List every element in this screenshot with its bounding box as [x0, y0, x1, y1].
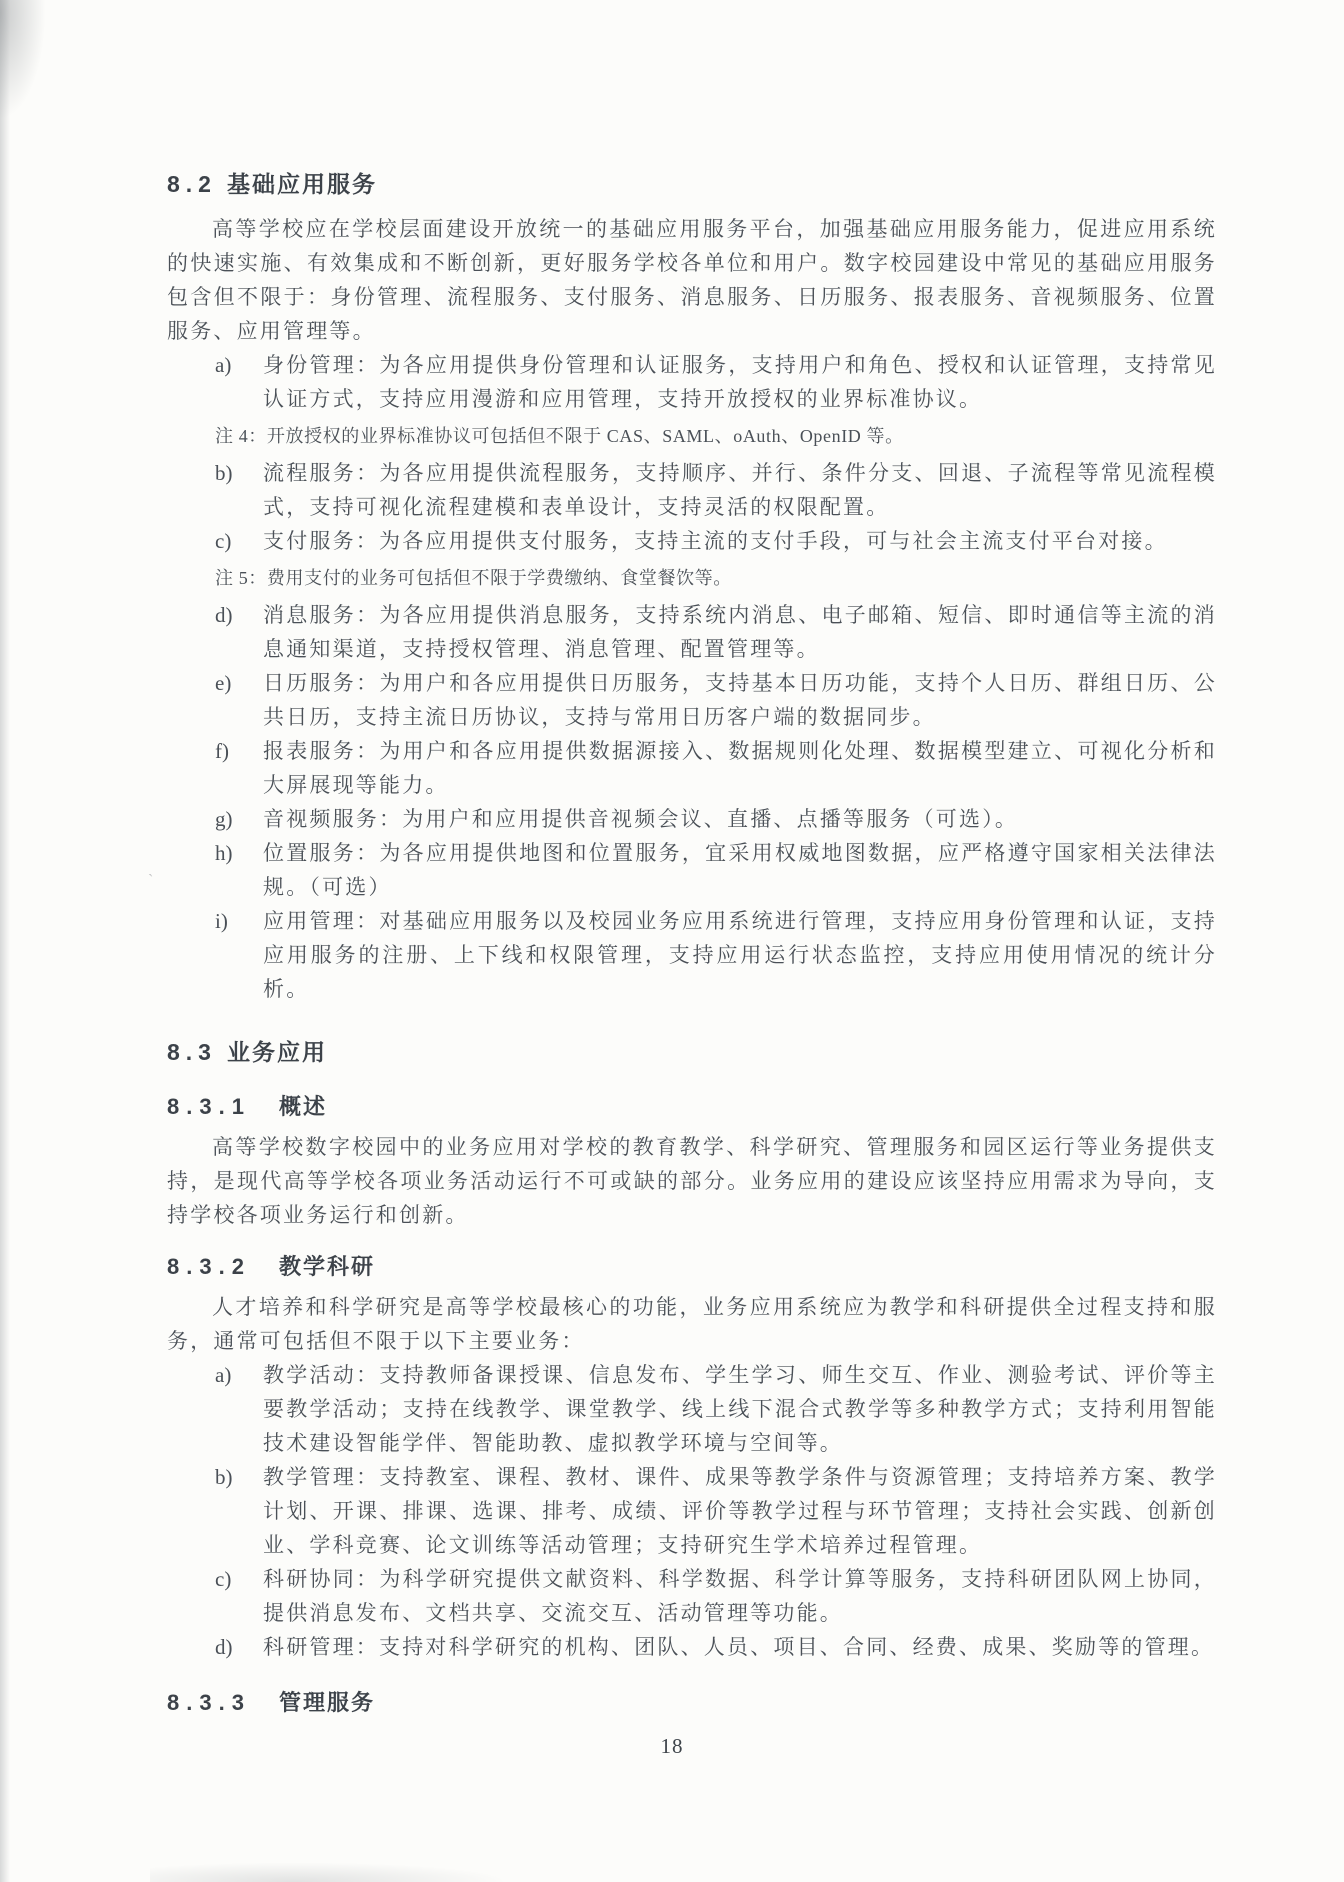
list-item-label: g) — [215, 802, 233, 836]
section-number: 8.3.2 — [167, 1254, 251, 1279]
section-heading-8-3: 8.3业务应用 — [167, 1036, 1217, 1068]
list-item-label: b) — [215, 1460, 233, 1494]
scan-speck: ` — [148, 872, 153, 890]
list-item-label: a) — [215, 348, 231, 382]
section-8-2-intro: 高等学校应在学校层面建设开放统一的基础应用服务平台，加强基础应用服务能力，促进应… — [167, 212, 1217, 348]
scan-edge-shadow — [0, 0, 10, 1882]
section-heading-8-3-2: 8.3.2教学科研 — [167, 1252, 1217, 1282]
list-item-label: c) — [215, 1562, 231, 1596]
page-content: 8.2基础应用服务 高等学校应在学校层面建设开放统一的基础应用服务平台，加强基础… — [167, 168, 1217, 1726]
list-item-label: h) — [215, 836, 233, 870]
list-item-8-2-d: d) 消息服务：为各应用提供消息服务，支持系统内消息、电子邮箱、短信、即时通信等… — [167, 598, 1217, 666]
list-item-label: a) — [215, 1358, 231, 1392]
list-item-label: d) — [215, 1630, 233, 1664]
scan-bottom-smudge — [150, 1862, 510, 1882]
document-page: ` 8.2基础应用服务 高等学校应在学校层面建设开放统一的基础应用服务平台，加强… — [0, 0, 1344, 1882]
list-item-text: 音视频服务：为用户和应用提供音视频会议、直播、点播等服务（可选）。 — [263, 807, 1018, 831]
section-title: 业务应用 — [227, 1039, 327, 1065]
scan-corner-smudge — [0, 0, 46, 120]
list-item-text: 教学活动：支持教师备课授课、信息发布、学生学习、师生交互、作业、测验考试、评价等… — [263, 1363, 1217, 1455]
list-item-text: 日历服务：为用户和各应用提供日历服务，支持基本日历功能，支持个人日历、群组日历、… — [263, 671, 1217, 729]
list-item-8-2-e: e) 日历服务：为用户和各应用提供日历服务，支持基本日历功能，支持个人日历、群组… — [167, 666, 1217, 734]
list-item-label: f) — [215, 734, 229, 768]
list-item-8-2-a: a) 身份管理：为各应用提供身份管理和认证服务，支持用户和角色、授权和认证管理，… — [167, 348, 1217, 416]
list-item-8-3-2-c: c) 科研协同：为科学研究提供文献资料、科学数据、科学计算等服务，支持科研团队网… — [167, 1562, 1217, 1630]
list-item-text: 消息服务：为各应用提供消息服务，支持系统内消息、电子邮箱、短信、即时通信等主流的… — [263, 603, 1217, 661]
list-item-text: 报表服务：为用户和各应用提供数据源接入、数据规则化处理、数据模型建立、可视化分析… — [263, 739, 1217, 797]
list-item-label: d) — [215, 598, 233, 632]
list-item-8-3-2-b: b) 教学管理：支持教室、课程、教材、课件、成果等教学条件与资源管理；支持培养方… — [167, 1460, 1217, 1562]
section-title: 基础应用服务 — [227, 171, 377, 197]
section-heading-8-3-1: 8.3.1概述 — [167, 1092, 1217, 1122]
list-item-label: c) — [215, 524, 231, 558]
list-item-text: 流程服务：为各应用提供流程服务，支持顺序、并行、条件分支、回退、子流程等常见流程… — [263, 461, 1217, 519]
list-item-text: 身份管理：为各应用提供身份管理和认证服务，支持用户和角色、授权和认证管理，支持常… — [263, 353, 1217, 411]
list-item-text: 应用管理：对基础应用服务以及校园业务应用系统进行管理，支持应用身份管理和认证，支… — [263, 909, 1217, 1001]
list-item-8-2-i: i) 应用管理：对基础应用服务以及校园业务应用系统进行管理，支持应用身份管理和认… — [167, 904, 1217, 1006]
section-number: 8.3 — [167, 1039, 217, 1065]
list-item-text: 教学管理：支持教室、课程、教材、课件、成果等教学条件与资源管理；支持培养方案、教… — [263, 1465, 1217, 1557]
list-item-8-2-f: f) 报表服务：为用户和各应用提供数据源接入、数据规则化处理、数据模型建立、可视… — [167, 734, 1217, 802]
list-item-8-2-b: b) 流程服务：为各应用提供流程服务，支持顺序、并行、条件分支、回退、子流程等常… — [167, 456, 1217, 524]
section-8-3-1-body: 高等学校数字校园中的业务应用对学校的教育教学、科学研究、管理服务和园区运行等业务… — [167, 1130, 1217, 1232]
note-4: 注 4：开放授权的业界标准协议可包括但不限于 CAS、SAML、oAuth、Op… — [167, 421, 1217, 451]
section-number: 8.3.3 — [167, 1690, 251, 1715]
section-heading-8-3-3: 8.3.3管理服务 — [167, 1688, 1217, 1718]
section-8-3-2-intro: 人才培养和科学研究是高等学校最核心的功能，业务应用系统应为教学和科研提供全过程支… — [167, 1290, 1217, 1358]
section-title: 概述 — [279, 1094, 327, 1119]
page-number: 18 — [0, 1734, 1344, 1759]
list-item-label: e) — [215, 666, 231, 700]
list-item-text: 科研管理：支持对科学研究的机构、团队、人员、项目、合同、经费、成果、奖励等的管理… — [263, 1635, 1214, 1659]
note-5: 注 5：费用支付的业务可包括但不限于学费缴纳、食堂餐饮等。 — [167, 563, 1217, 593]
list-item-8-3-2-d: d) 科研管理：支持对科学研究的机构、团队、人员、项目、合同、经费、成果、奖励等… — [167, 1630, 1217, 1664]
section-number: 8.2 — [167, 171, 217, 197]
section-number: 8.3.1 — [167, 1094, 251, 1119]
list-item-8-3-2-a: a) 教学活动：支持教师备课授课、信息发布、学生学习、师生交互、作业、测验考试、… — [167, 1358, 1217, 1460]
section-title: 管理服务 — [279, 1690, 375, 1715]
list-item-8-2-h: h) 位置服务：为各应用提供地图和位置服务，宜采用权威地图数据，应严格遵守国家相… — [167, 836, 1217, 904]
list-item-label: i) — [215, 904, 228, 938]
list-item-8-2-c: c) 支付服务：为各应用提供支付服务，支持主流的支付手段，可与社会主流支付平台对… — [167, 524, 1217, 558]
list-item-label: b) — [215, 456, 233, 490]
list-item-8-2-g: g) 音视频服务：为用户和应用提供音视频会议、直播、点播等服务（可选）。 — [167, 802, 1217, 836]
list-item-text: 支付服务：为各应用提供支付服务，支持主流的支付手段，可与社会主流支付平台对接。 — [263, 529, 1168, 553]
list-item-text: 位置服务：为各应用提供地图和位置服务，宜采用权威地图数据，应严格遵守国家相关法律… — [263, 841, 1217, 899]
section-heading-8-2: 8.2基础应用服务 — [167, 168, 1217, 200]
list-item-text: 科研协同：为科学研究提供文献资料、科学数据、科学计算等服务，支持科研团队网上协同… — [263, 1567, 1217, 1625]
section-title: 教学科研 — [279, 1254, 375, 1279]
